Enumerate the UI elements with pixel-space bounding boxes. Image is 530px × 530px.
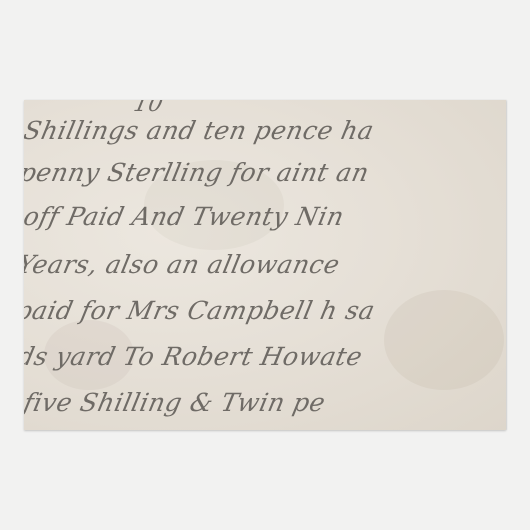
manuscript-line: penny Sterlling for aint an [24,158,372,187]
manuscript-line: five Shilling & Twin pe [24,388,328,417]
manuscript-line: paid for Mrs Campbell h sa [24,296,378,325]
manuscript-paper: 10 Shillings and ten pence ha penny Ster… [24,100,506,430]
manuscript-line: off Paid And Twenty Nin [24,202,347,231]
manuscript-line: Shillings and ten pence ha [24,116,377,145]
manuscript-line: Years, also an allowance [24,250,343,279]
paper-stain [384,290,504,390]
manuscript-line: 10 [131,100,165,117]
manuscript-line: ds yard To Robert Howate [24,342,365,371]
